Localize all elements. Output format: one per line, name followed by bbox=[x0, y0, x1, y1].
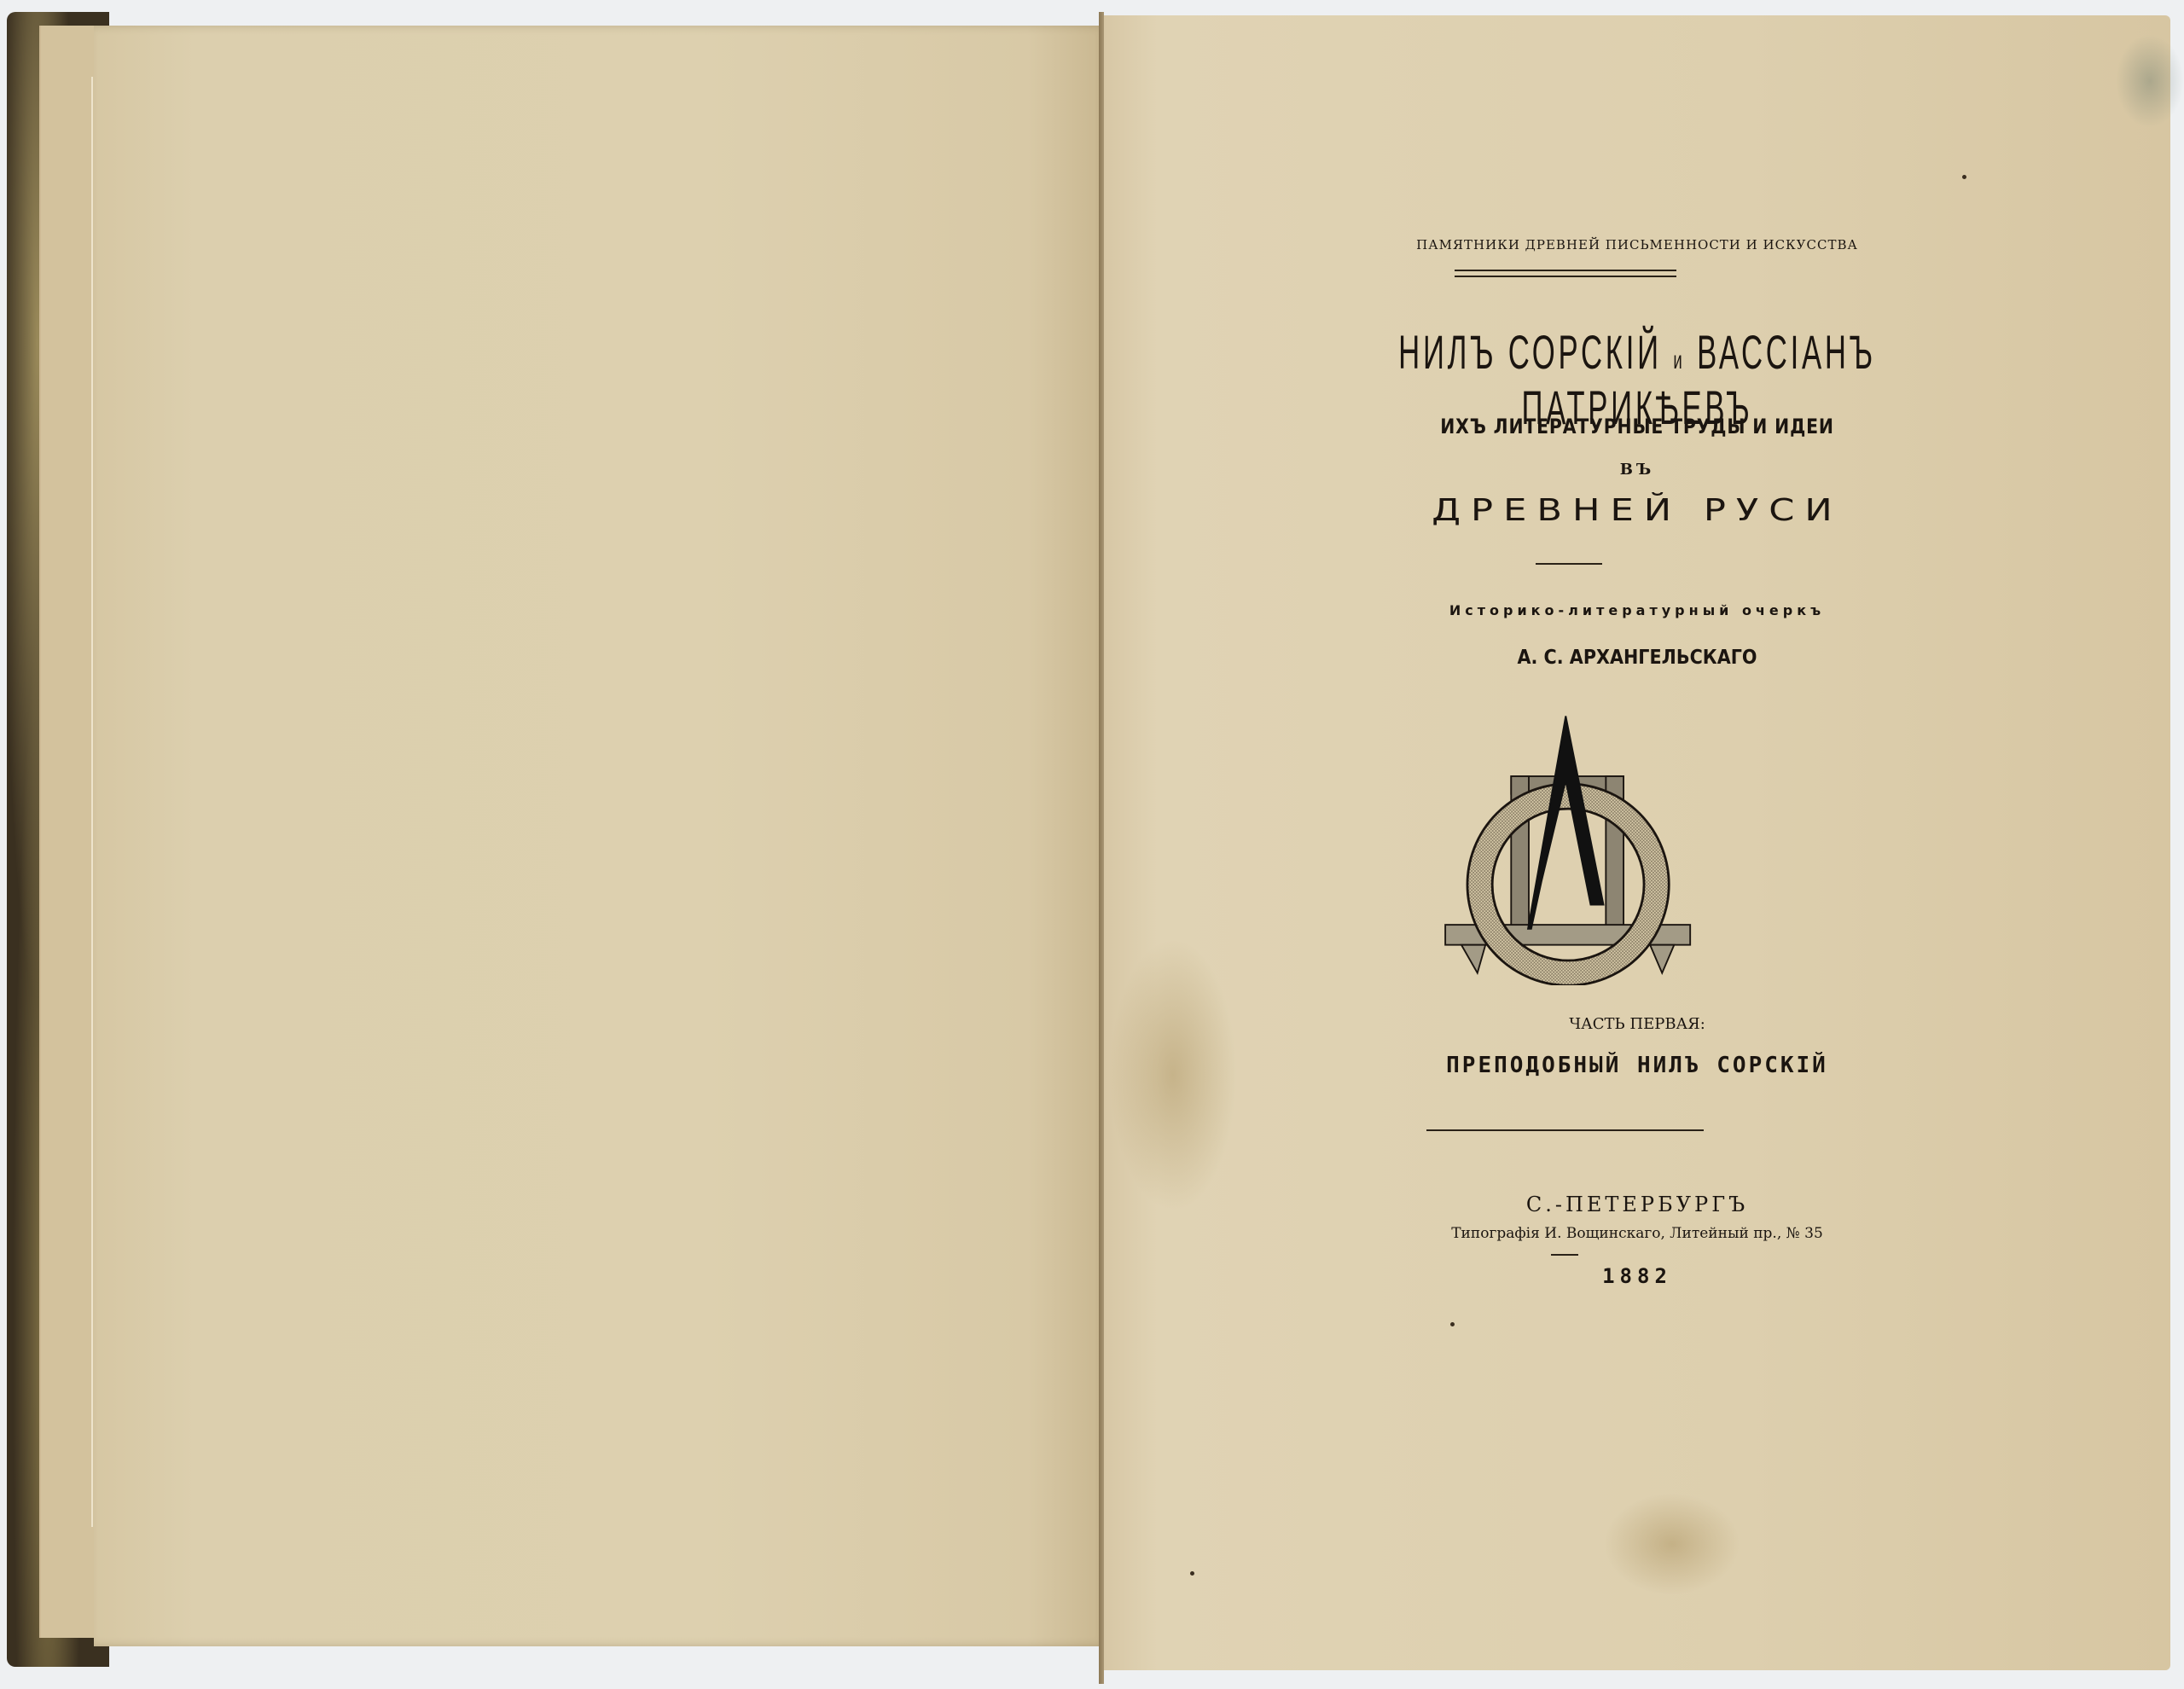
foxing-dot bbox=[1450, 1322, 1455, 1326]
left-page-crease bbox=[91, 77, 93, 1527]
foxing-dot bbox=[1962, 175, 1966, 179]
title-conjunction: и bbox=[1673, 346, 1685, 374]
publication-city: С.-ПЕТЕРБУРГЪ bbox=[1104, 1193, 2170, 1216]
long-rule bbox=[1426, 1129, 1704, 1131]
genre-line: Историко-литературный очеркъ bbox=[1104, 602, 2170, 618]
foxing-dot bbox=[1190, 1571, 1194, 1576]
part-title: ПРЕПОДОБНЫЙ НИЛЪ СОРСКІЙ bbox=[1104, 1053, 2170, 1078]
short-rule bbox=[1536, 563, 1602, 565]
subtitle-preposition: ВЪ bbox=[1104, 461, 2170, 479]
double-rule bbox=[1455, 270, 1676, 277]
mini-rule bbox=[1551, 1254, 1578, 1256]
publication-year: 1882 bbox=[1104, 1264, 2170, 1288]
title-part1: НИЛЪ СОРСКІЙ bbox=[1398, 325, 1662, 379]
left-page-blank bbox=[94, 26, 1109, 1646]
subtitle: ИХЪ ЛИТЕРАТУРНЫЕ ТРУДЫ И ИДЕИ bbox=[1184, 415, 2091, 438]
author-name: А. С. АРХАНГЕЛЬСКАГО bbox=[1158, 647, 2117, 669]
series-heading: ПАМЯТНИКИ ДРЕВНЕЙ ПИСЬМЕННОСТИ И ИСКУССТ… bbox=[1104, 237, 2170, 252]
printer-imprint: Типографія И. Вощинскаго, Литейный пр., … bbox=[1104, 1225, 2170, 1242]
foxing-stain bbox=[1604, 1493, 1740, 1595]
subtitle-place: ДРЕВНЕЙ РУСИ bbox=[997, 493, 2184, 528]
monogram-emblem-icon bbox=[1433, 704, 1706, 985]
mold-stain bbox=[2116, 34, 2184, 128]
part-label: ЧАСТЬ ПЕРВАЯ: bbox=[1104, 1015, 2170, 1033]
